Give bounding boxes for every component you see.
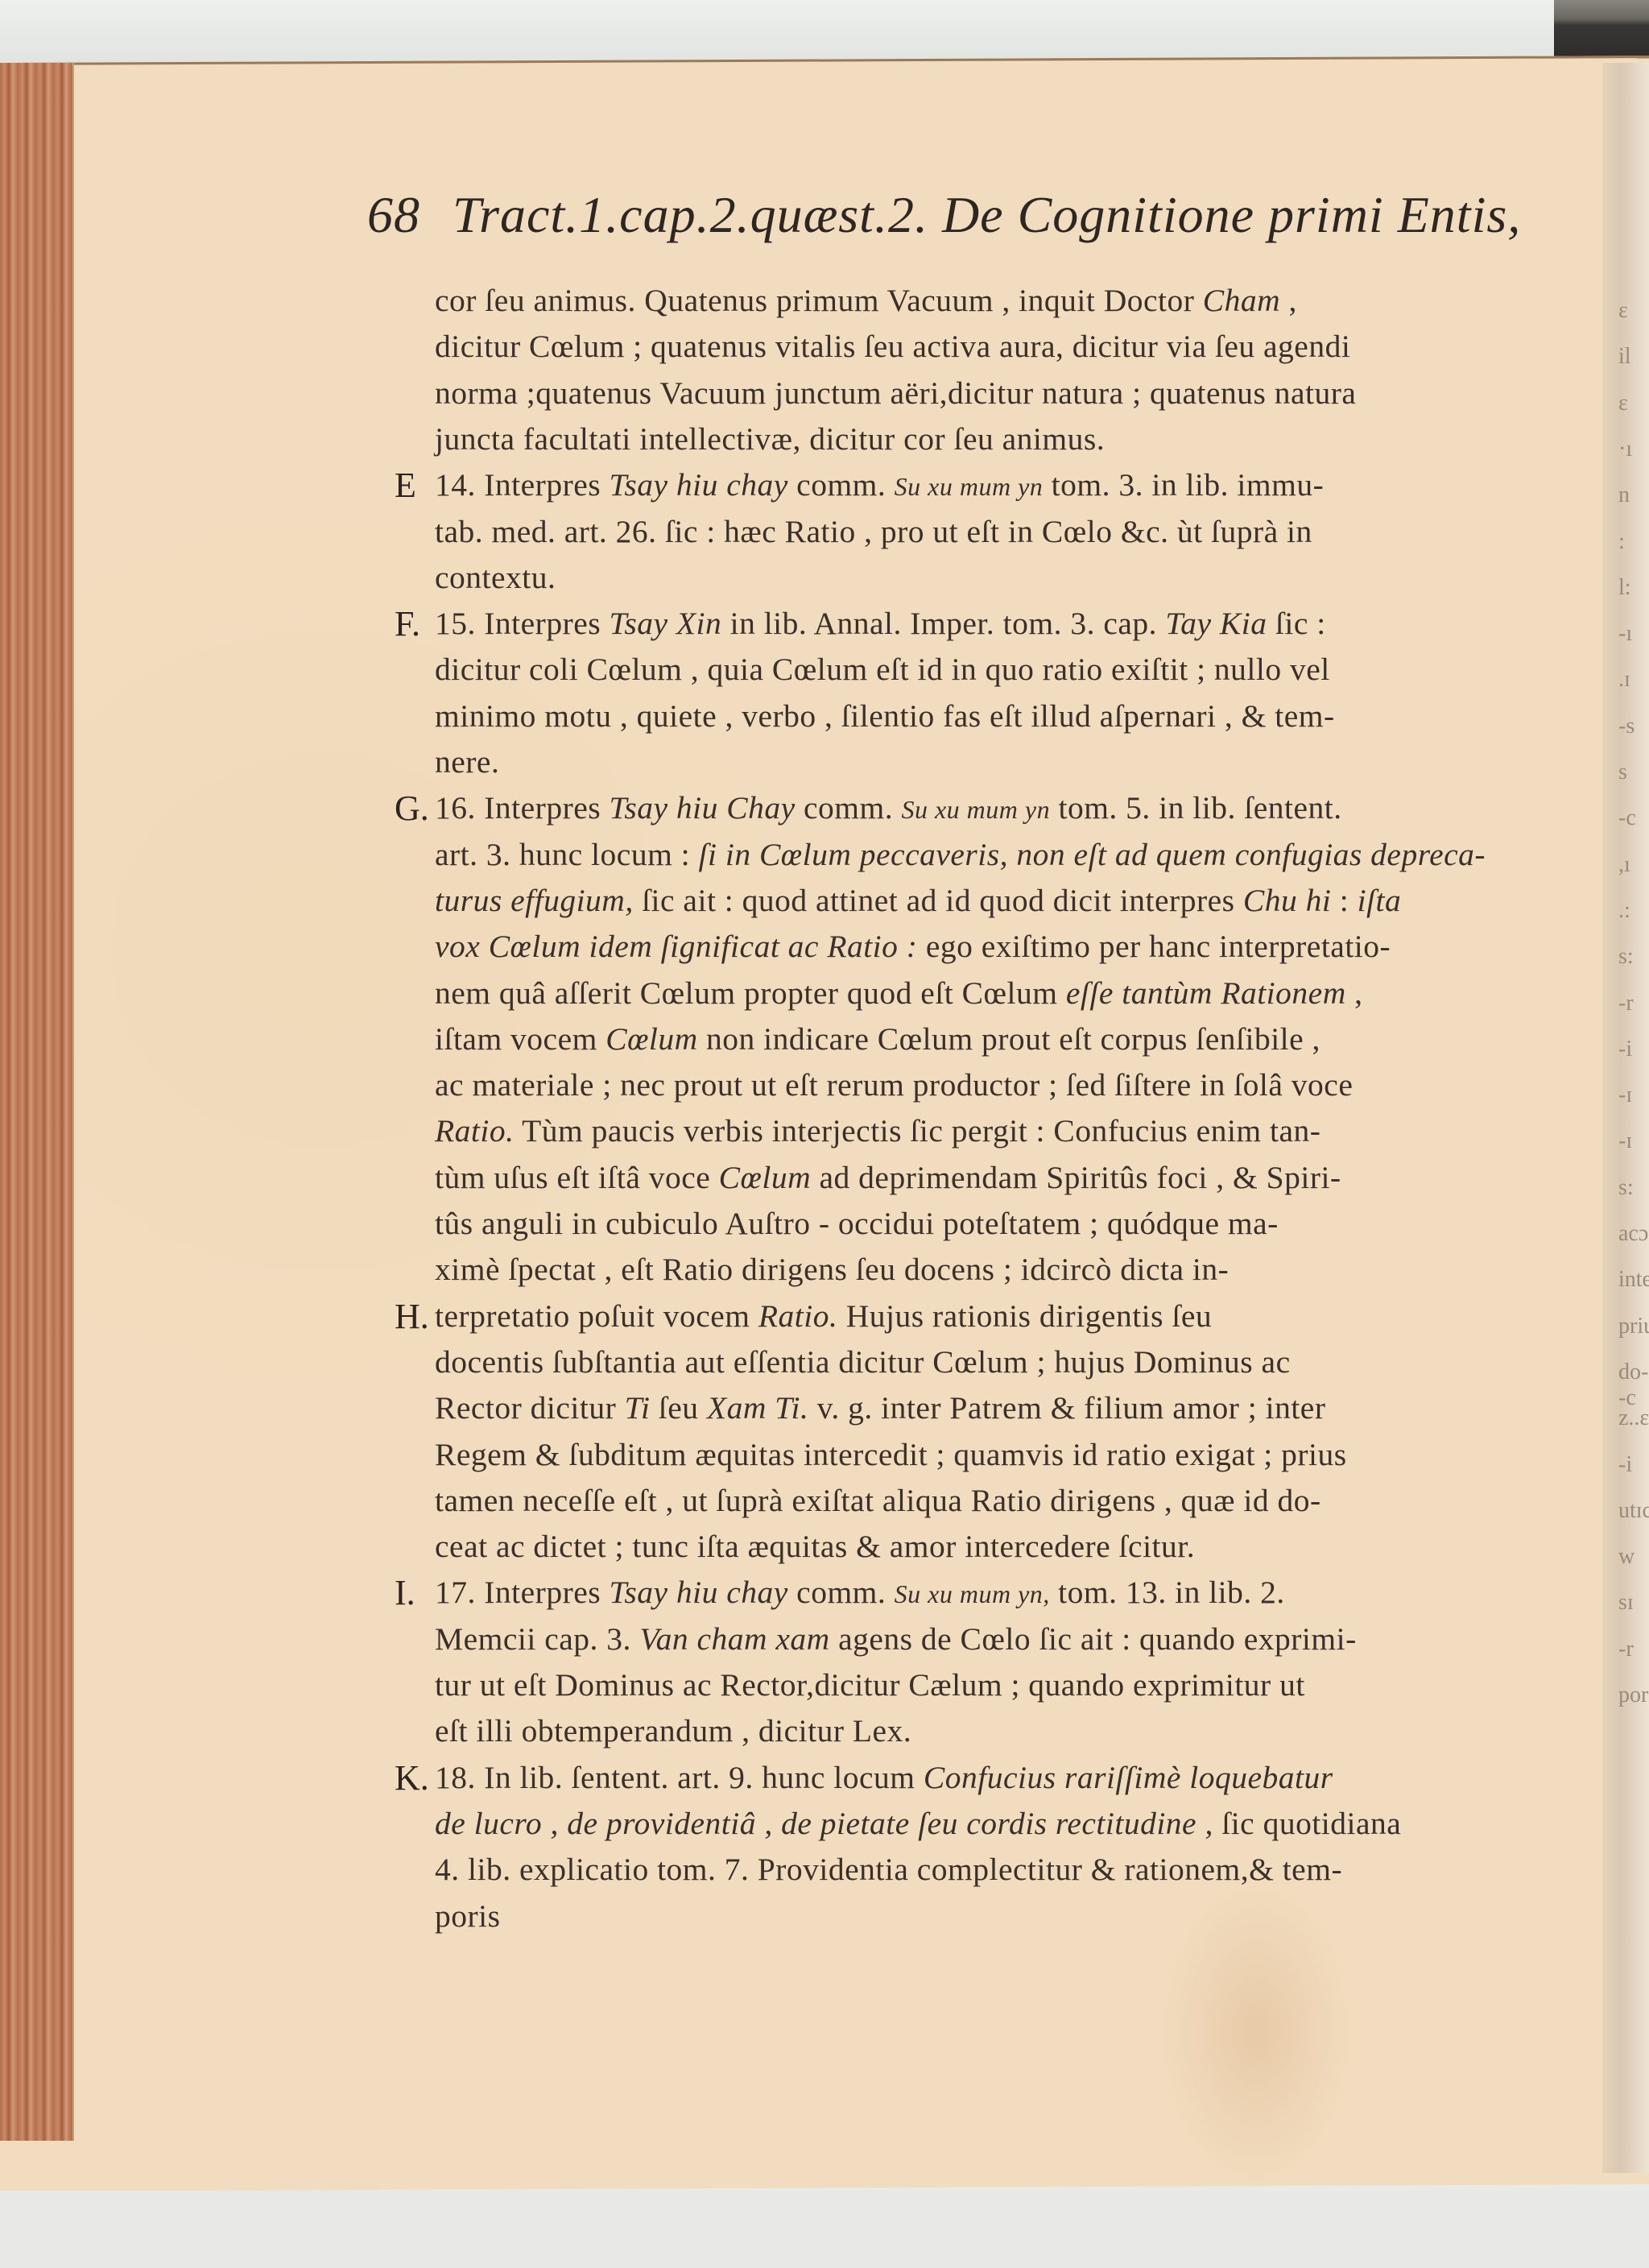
italic-text: Ti — [625, 1390, 651, 1426]
text-run: ad deprimendam Spiritûs foci , & Spiri- — [811, 1160, 1341, 1195]
text-run: ego exiſtimo per hanc interpretatio- — [917, 929, 1391, 964]
text-run: tamen neceſſe eſt , ut ſuprà exiſtat ali… — [435, 1483, 1321, 1518]
text-run: Memcii cap. 3. — [435, 1621, 639, 1657]
text-run: v. g. inter Patrem & filium amor ; inter — [808, 1390, 1325, 1426]
text-line: dicitur Cœlum ; quatenus vitalis ſeu act… — [435, 328, 1350, 365]
text-run: tom. 5. in lib. ſentent. — [1050, 790, 1341, 826]
italic-text: Tay Kia — [1165, 606, 1267, 641]
margin-marker: H. — [395, 1296, 429, 1337]
text-line: terpretatio poſuit vocem Ratio. Hujus ra… — [435, 1297, 1212, 1335]
text-run: eſt illi obtemperandum , dicitur Lex. — [435, 1713, 911, 1749]
bleed-through-fragment: s: — [1618, 1175, 1634, 1201]
text-line: tur ut eſt Dominus ac Rector,dicitur Cæl… — [435, 1666, 1305, 1703]
italic-text: Tsay hiu Chay — [610, 790, 796, 826]
text-run: 18. In lib. ſentent. art. 9. hunc locum — [435, 1760, 924, 1795]
bleed-through-fragment: -ı — [1618, 621, 1632, 647]
text-run: , — [1346, 975, 1363, 1011]
text-line: tûs anguli in cubiculo Auſtro - occidui … — [435, 1205, 1279, 1242]
text-line: turus effugium, ſic ait : quod attinet a… — [435, 882, 1401, 919]
text-line: de lucro , de providentiâ , de pietate ſ… — [435, 1805, 1401, 1842]
text-line: Memcii cap. 3. Van cham xam agens de Cœl… — [435, 1620, 1357, 1658]
text-line: tamen neceſſe eſt , ut ſuprà exiſtat ali… — [435, 1482, 1321, 1519]
text-line: ximè ſpectat , eſt Ratio dirigens ſeu do… — [435, 1251, 1229, 1288]
scan-background-top — [0, 0, 1649, 63]
text-line: ac materiale ; nec prout ut eſt rerum pr… — [435, 1066, 1353, 1103]
text-line: nere. — [435, 743, 499, 780]
text-run: docentis ſubſtantia aut eſſentia dicitur… — [435, 1344, 1291, 1380]
italic-text: Ratio. — [435, 1113, 514, 1148]
italic-text: Tsay hiu chay — [610, 467, 788, 503]
text-run: : — [1331, 883, 1357, 918]
text-run: 16. Interpres — [435, 790, 610, 826]
text-run: cor ſeu animus. Quatenus primum Vacuum ,… — [435, 283, 1203, 318]
bleed-through-fragment: -c — [1618, 805, 1636, 831]
bleed-through-fragment: -ɪ — [1618, 1082, 1632, 1108]
text-line: 15. Interpres Tsay Xin in lib. Annal. Im… — [435, 605, 1326, 642]
italic-text: Van cham xam — [639, 1621, 829, 1657]
bleed-through-fragment: ,ı — [1618, 852, 1630, 878]
bleed-through-fragment: .ɪ — [1618, 667, 1630, 693]
running-head-title: Tract.1.cap.2.quæst.2. De Cognitione pri… — [453, 186, 1521, 243]
italic-text: Su xu mum yn — [901, 795, 1050, 824]
bleed-through-fragment: ɛ — [1618, 391, 1628, 416]
text-run: minimo motu , quiete , verbo , ſilentio … — [435, 698, 1335, 734]
italic-text: de lucro , de providentiâ , de pietate ſ… — [435, 1806, 1213, 1841]
text-run: norma ;quatenus Vacuum junctum aëri,dici… — [435, 375, 1356, 411]
text-run: tom. 3. in lib. immu- — [1043, 467, 1324, 503]
text-run: juncta facultati intellectivæ, dicitur c… — [435, 421, 1105, 457]
bleed-through-fragment: -r — [1618, 1637, 1634, 1662]
italic-text: Su xu mum yn — [895, 472, 1044, 501]
text-run: non indicare Cœlum prout eſt corpus ſenſ… — [698, 1021, 1320, 1057]
book-clip — [1554, 0, 1649, 63]
italic-text: Su xu mum yn, — [895, 1579, 1050, 1608]
text-run: ximè ſpectat , eſt Ratio dirigens ſeu do… — [435, 1252, 1229, 1287]
page-edges — [0, 63, 74, 2141]
text-line: nem quâ aſſerit Cœlum propter quod eſt C… — [435, 975, 1362, 1012]
text-run: iſtam vocem — [435, 1021, 605, 1057]
italic-text: Tsay hiu chay — [610, 1575, 788, 1610]
text-line: ceat ac dictet ; tunc iſta æquitas & amo… — [435, 1528, 1195, 1565]
text-line: poris — [435, 1898, 501, 1935]
bleed-through-fragment: n — [1618, 482, 1630, 508]
text-run: tur ut eſt Dominus ac Rector,dicitur Cæl… — [435, 1667, 1305, 1703]
text-run: tab. med. art. 26. ſic : hæc Ratio , pro… — [435, 514, 1312, 549]
italic-text: vox Cœlum idem ſignificat ac Ratio : — [435, 929, 917, 964]
text-run: terpretatio poſuit vocem — [435, 1298, 758, 1334]
bleed-through-fragment: utɪc — [1618, 1498, 1649, 1524]
text-run: tom. 13. in lib. 2. — [1050, 1575, 1285, 1610]
text-run: nere. — [435, 744, 499, 780]
text-run: comm. — [788, 467, 895, 503]
text-line: tùm uſus eſt iſtâ voce Cœlum ad deprimen… — [435, 1159, 1341, 1196]
bleed-through-fragment: -r — [1618, 991, 1634, 1016]
text-line: minimo motu , quiete , verbo , ſilentio … — [435, 697, 1335, 735]
text-run: 17. Interpres — [435, 1575, 610, 1610]
text-line: eſt illi obtemperandum , dicitur Lex. — [435, 1712, 911, 1749]
text-line: cor ſeu animus. Quatenus primum Vacuum ,… — [435, 282, 1297, 319]
text-line: 18. In lib. ſentent. art. 9. hunc locum … — [435, 1759, 1333, 1796]
text-line: art. 3. hunc locum : ſi in Cœlum peccave… — [435, 836, 1486, 873]
italic-text: ſi in Cœlum peccaveris, non eſt ad quem … — [699, 837, 1486, 872]
text-line: docentis ſubſtantia aut eſſentia dicitur… — [435, 1343, 1291, 1380]
bleed-through-fragment: l: — [1618, 575, 1631, 601]
page-number: 68 — [367, 186, 420, 243]
italic-text: Ratio. — [758, 1298, 837, 1334]
text-line: vox Cœlum idem ſignificat ac Ratio : ego… — [435, 928, 1391, 965]
margin-marker: F. — [395, 603, 420, 644]
bleed-through-fragment: priusɛ — [1618, 1314, 1649, 1339]
text-run: ceat ac dictet ; tunc iſta æquitas & amo… — [435, 1529, 1195, 1564]
text-run: ſeu — [650, 1390, 707, 1426]
bleed-through-fragment: ɛ — [1618, 298, 1628, 324]
bleed-through-fragment: ·ı — [1618, 437, 1632, 462]
bleed-through-fragment: w — [1618, 1544, 1635, 1570]
text-line: dicitur coli Cœlum , quia Cœlum eſt id i… — [435, 651, 1330, 688]
bleed-through-fragment: -ɪ — [1618, 1128, 1632, 1154]
text-run: art. 3. hunc locum : — [435, 837, 699, 872]
bleed-through-fragment: -s — [1618, 714, 1635, 739]
italic-text: turus effugium, — [435, 883, 634, 918]
text-line: tab. med. art. 26. ſic : hæc Ratio , pro… — [435, 513, 1312, 550]
text-run: ſic ait : quod attinet ad id quod dicit … — [634, 883, 1243, 918]
margin-marker: K. — [395, 1757, 429, 1798]
bleed-through-fragment: -i — [1618, 1037, 1632, 1062]
text-line: norma ;quatenus Vacuum junctum aëri,dici… — [435, 375, 1356, 412]
running-head: 68Tract.1.cap.2.quæst.2. De Cognitione p… — [367, 185, 1591, 245]
bleed-through-fragment: il — [1618, 344, 1631, 370]
bleed-through-fragment: : — [1618, 529, 1625, 555]
text-run: Regem & ſubditum æquitas intercedit ; qu… — [435, 1437, 1347, 1472]
italic-text: Cœlum — [719, 1160, 811, 1195]
bleed-through-fragment: .: — [1618, 898, 1630, 924]
bleed-through-fragment: z..ɛ — [1618, 1405, 1649, 1431]
text-run: ſic quotidiana — [1213, 1806, 1401, 1841]
italic-text: eſſe tantùm Rationem — [1066, 975, 1346, 1011]
italic-text: Confucius rariſſimè loquebatur — [924, 1760, 1333, 1795]
text-run: 14. Interpres — [435, 467, 610, 503]
text-run: ſic : — [1267, 606, 1326, 641]
text-line: iſtam vocem Cœlum non indicare Cœlum pro… — [435, 1020, 1320, 1057]
text-line: Rector dicitur Ti ſeu Xam Ti. v. g. inte… — [435, 1389, 1325, 1426]
italic-text: iſta — [1358, 883, 1402, 918]
bleed-through-fragment: porisɪ — [1618, 1682, 1649, 1708]
italic-text: Tsay Xin — [610, 606, 722, 641]
text-run: in lib. Annal. Imper. tom. 3. cap. — [721, 606, 1165, 641]
italic-text: Xam Ti. — [707, 1390, 808, 1426]
text-run: nem quâ aſſerit Cœlum propter quod eſt C… — [435, 975, 1066, 1011]
text-run: Hujus rationis dirigentis ſeu — [837, 1298, 1212, 1334]
text-line: 17. Interpres Tsay hiu chay comm. Su xu … — [435, 1574, 1285, 1611]
page-gutter — [1602, 63, 1649, 2173]
text-run: dicitur coli Cœlum , quia Cœlum eſt id i… — [435, 652, 1330, 687]
text-line: Ratio. Tùm paucis verbis interjectis ſic… — [435, 1112, 1320, 1149]
text-run: ac materiale ; nec prout ut eſt rerum pr… — [435, 1067, 1353, 1103]
margin-marker: G. — [395, 788, 429, 829]
bleed-through-fragment: sɪ — [1618, 1590, 1634, 1616]
text-line: Regem & ſubditum æquitas intercedit ; qu… — [435, 1436, 1347, 1473]
italic-text: Cœlum — [605, 1021, 697, 1057]
text-run: dicitur Cœlum ; quatenus vitalis ſeu act… — [435, 329, 1350, 364]
text-run: 4. lib. explicatio tom. 7. Providentia c… — [435, 1852, 1342, 1887]
bleed-through-fragment: s: — [1618, 944, 1634, 970]
text-line: contextu. — [435, 559, 556, 596]
bleed-through-fragment: -i — [1618, 1452, 1632, 1478]
text-run: comm. — [788, 1575, 895, 1610]
text-run: poris — [435, 1898, 501, 1934]
text-line: 16. Interpres Tsay hiu Chay comm. Su xu … — [435, 789, 1342, 826]
text-run: tùm uſus eſt iſtâ voce — [435, 1160, 719, 1195]
italic-text: Chu hi — [1243, 883, 1331, 918]
bleed-through-fragment: s — [1618, 759, 1627, 785]
text-run: Rector dicitur — [435, 1390, 625, 1426]
bleed-through-fragment: acɔ — [1618, 1221, 1648, 1247]
text-run: agens de Cœlo ſic ait : quando exprimi- — [830, 1621, 1357, 1657]
bleed-through-fragment: do--c — [1618, 1360, 1649, 1411]
text-run: contextu. — [435, 560, 556, 595]
text-run: Tùm paucis verbis interjectis ſic pergit… — [514, 1113, 1320, 1148]
italic-text: Cham — [1203, 283, 1280, 318]
margin-marker: I. — [395, 1572, 415, 1613]
text-line: 4. lib. explicatio tom. 7. Providentia c… — [435, 1851, 1342, 1888]
text-run: , — [1280, 283, 1297, 318]
bleed-through-fragment: interɪ: — [1618, 1267, 1649, 1293]
text-run: comm. — [796, 790, 902, 826]
text-line: 14. Interpres Tsay hiu chay comm. Su xu … — [435, 466, 1324, 503]
scan-background-bottom — [0, 2191, 1649, 2268]
margin-marker: E — [395, 465, 416, 506]
text-run: tûs anguli in cubiculo Auſtro - occidui … — [435, 1206, 1279, 1241]
text-line: juncta facultati intellectivæ, dicitur c… — [435, 420, 1105, 457]
text-run: 15. Interpres — [435, 606, 610, 641]
